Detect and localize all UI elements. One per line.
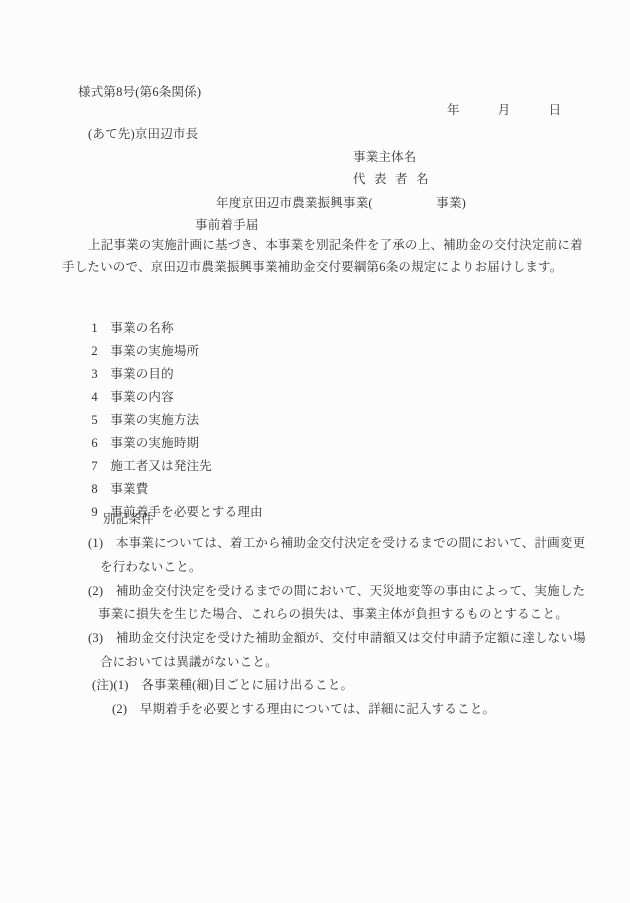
condition-line: (2) 補助金交付決定を受けるまでの間において、天災地変等の事由によって、実施し… xyxy=(88,583,585,599)
document-subtitle: 事前着手届 xyxy=(195,217,259,233)
body-paragraph-line: 手したいので、京田辺市農業振興事業補助金交付要綱第6条の規定によりお届けします。 xyxy=(62,259,563,275)
form-number: 様式第8号(第6条関係) xyxy=(78,84,201,100)
body-paragraph-line: 上記事業の実施計画に基づき、本事業を別記条件を了承の上、補助金の交付決定前に着 xyxy=(88,237,583,253)
date-line: 年 月 日 xyxy=(447,102,561,118)
representative-label: 代 表 者 名 xyxy=(353,171,429,187)
note-line: (2) 早期着手を必要とする理由については、詳細に記入すること。 xyxy=(112,701,495,717)
note-line: (注)(1) 各事業種(細)目ごとに届け出ること。 xyxy=(92,677,353,693)
condition-line: (1) 本事業については、着工から補助金交付決定を受けるまでの間において、計画変… xyxy=(88,535,585,551)
condition-line: 合においては異議がないこと。 xyxy=(100,654,278,670)
condition-line: を行わないこと。 xyxy=(100,559,202,575)
condition-line: (3) 補助金交付決定を受けた補助金額が、交付申請額又は交付申請予定額に達しない… xyxy=(88,630,586,646)
conditions-heading: 別記条件 xyxy=(103,511,154,527)
condition-line: 事業に損失を生じた場合、これらの損失は、事業主体が負担するものとすること。 xyxy=(98,606,568,622)
document-title: 年度京田辺市農業振興事業( 事業) xyxy=(216,195,466,211)
business-entity-label: 事業主体名 xyxy=(353,149,417,165)
addressee: (あて先)京田辺市長 xyxy=(88,126,198,142)
document-page: 様式第8号(第6条関係) 年 月 日 (あて先)京田辺市長 事業主体名 代 表 … xyxy=(0,0,630,903)
